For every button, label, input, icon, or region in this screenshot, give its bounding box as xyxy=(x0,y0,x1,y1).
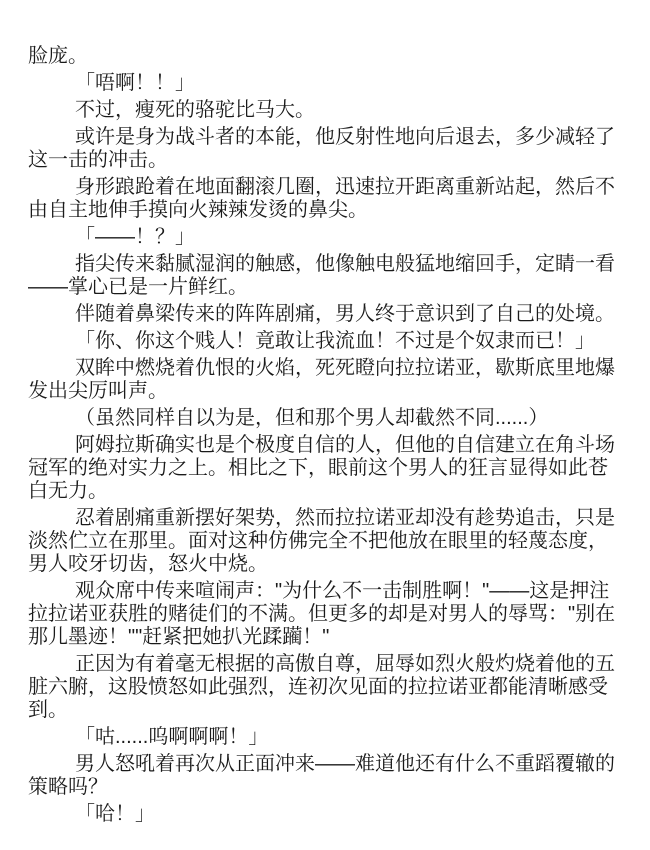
paragraph: 观众席中传来喧闹声："为什么不一击制胜啊！"——这是押注拉拉诺亚获胜的赌徒们的不… xyxy=(28,580,620,649)
paragraph-continuation: 脸庞。 xyxy=(28,45,620,68)
novel-page: 脸庞。 「唔啊！！」 不过，瘦死的骆驼比马大。 或许是身为战斗者的本能，他反射性… xyxy=(0,0,650,850)
paragraph: 忍着剧痛重新摆好架势，然而拉拉诺亚却没有趁势追击，只是淡然伫立在那里。面对这种仿… xyxy=(28,507,620,576)
paragraph: 不过，瘦死的骆驼比马大。 xyxy=(28,99,620,122)
paragraph-dialogue: 「哈！」 xyxy=(28,803,620,826)
paragraph: 双眸中燃烧着仇恨的火焰，死死瞪向拉拉诺亚，歇斯底里地爆发出尖厉叫声。 xyxy=(28,357,620,403)
paragraph: 身形踉跄着在地面翻滚几圈，迅速拉开距离重新站起，然后不由自主地伸手摸向火辣辣发烫… xyxy=(28,176,620,222)
paragraph: 或许是身为战斗者的本能，他反射性地向后退去，多少减轻了这一击的冲击。 xyxy=(28,126,620,172)
paragraph-inner-monologue: （虽然同样自以为是，但和那个男人却截然不同......） xyxy=(28,407,620,430)
paragraph-dialogue: 「——！？」 xyxy=(28,226,620,249)
paragraph-dialogue: 「你、你这个贱人！竟敢让我流血！不过是个奴隶而已！」 xyxy=(28,330,620,353)
paragraph: 伴随着鼻梁传来的阵阵剧痛，男人终于意识到了自己的处境。 xyxy=(28,303,620,326)
paragraph: 阿姆拉斯确实也是个极度自信的人，但他的自信建立在角斗场冠军的绝对实力之上。相比之… xyxy=(28,434,620,503)
paragraph-dialogue: 「咕......呜啊啊啊！」 xyxy=(28,726,620,749)
paragraph: 指尖传来黏腻湿润的触感，他像触电般猛地缩回手，定睛一看——掌心已是一片鲜红。 xyxy=(28,253,620,299)
paragraph-dialogue: 「唔啊！！」 xyxy=(28,72,620,95)
paragraph: 正因为有着毫无根据的高傲自尊，屈辱如烈火般灼烧着他的五脏六腑，这股愤怒如此强烈，… xyxy=(28,653,620,722)
paragraph: 男人怒吼着再次从正面冲来——难道他还有什么不重蹈覆辙的策略吗？ xyxy=(28,753,620,799)
